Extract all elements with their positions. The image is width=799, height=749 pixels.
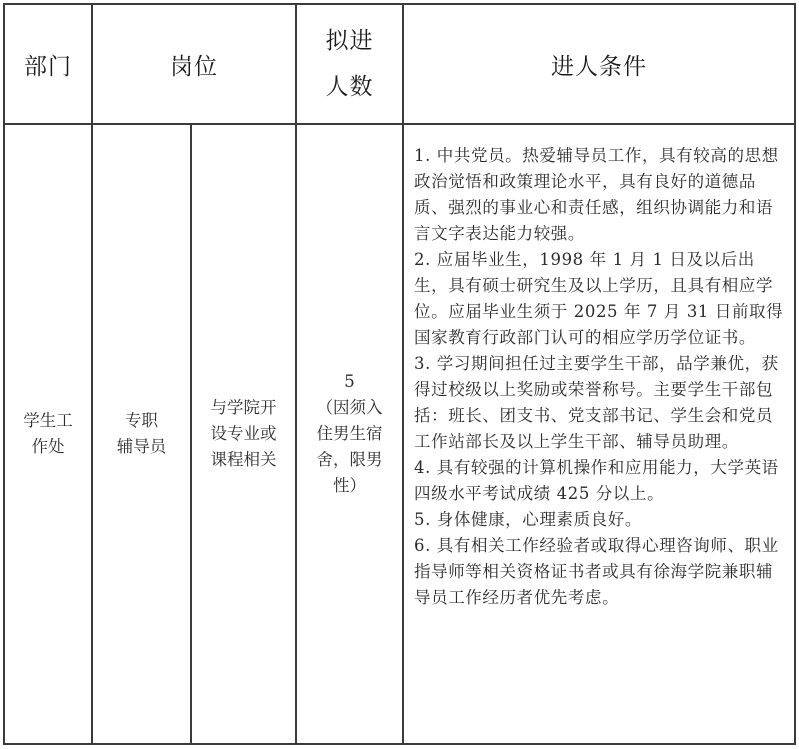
- header-requirements: 进人条件: [403, 4, 795, 124]
- table-row: 学生工 作处 专职 辅导员 与学院开 设专业或 课程相关 5 （因须入 住男生宿…: [4, 124, 795, 744]
- count-note-line: 舍，限男: [297, 447, 402, 473]
- header-planned-count-line1: 拟进: [297, 18, 402, 64]
- department-line: 学生工: [5, 408, 91, 434]
- department-cell: 学生工 作处: [4, 124, 92, 744]
- requirement-item: 6. 具有相关工作经验者或取得心理咨询师、职业指导师等相关资格证书者或具有徐海学…: [414, 533, 784, 611]
- requirements-cell: 1. 中共党员。热爱辅导员工作，具有较高的思想政治觉悟和政策理论水平，具有良好的…: [403, 124, 795, 744]
- major-line: 设专业或: [192, 421, 295, 447]
- requirement-item: 5. 身体健康，心理素质良好。: [414, 507, 784, 533]
- count-cell: 5 （因须入 住男生宿 舍，限男 性）: [296, 124, 403, 744]
- requirement-item: 2. 应届毕业生，1998 年 1 月 1 日及以后出生，具有硕士研究生及以上学…: [414, 247, 784, 351]
- count-note-line: （因须入: [297, 395, 402, 421]
- count-note-line: 性）: [297, 473, 402, 499]
- requirement-item: 1. 中共党员。热爱辅导员工作，具有较高的思想政治觉悟和政策理论水平，具有良好的…: [414, 143, 784, 247]
- requirement-item: 4. 具有较强的计算机操作和应用能力，大学英语四级水平考试成绩 425 分以上。: [414, 455, 784, 507]
- count-note-line: 住男生宿: [297, 421, 402, 447]
- count-value: 5: [297, 369, 402, 395]
- major-line: 课程相关: [192, 447, 295, 473]
- position-name-line: 专职: [93, 408, 190, 434]
- header-row: 部门 岗位 拟进 人数 进人条件: [4, 4, 795, 124]
- requirement-item: 3. 学习期间担任过主要学生干部，品学兼优，获得过校级以上奖励或荣誉称号。主要学…: [414, 351, 784, 455]
- header-position: 岗位: [92, 4, 296, 124]
- recruitment-table: 部门 岗位 拟进 人数 进人条件 学生工 作处 专职 辅导员 与学院开 设专业或…: [3, 3, 796, 745]
- header-planned-count-line2: 人数: [297, 64, 402, 110]
- position-name-line: 辅导员: [93, 434, 190, 460]
- department-line: 作处: [5, 434, 91, 460]
- header-planned-count: 拟进 人数: [296, 4, 403, 124]
- major-line: 与学院开: [192, 395, 295, 421]
- position-name-cell: 专职 辅导员: [92, 124, 191, 744]
- major-cell: 与学院开 设专业或 课程相关: [191, 124, 296, 744]
- header-department: 部门: [4, 4, 92, 124]
